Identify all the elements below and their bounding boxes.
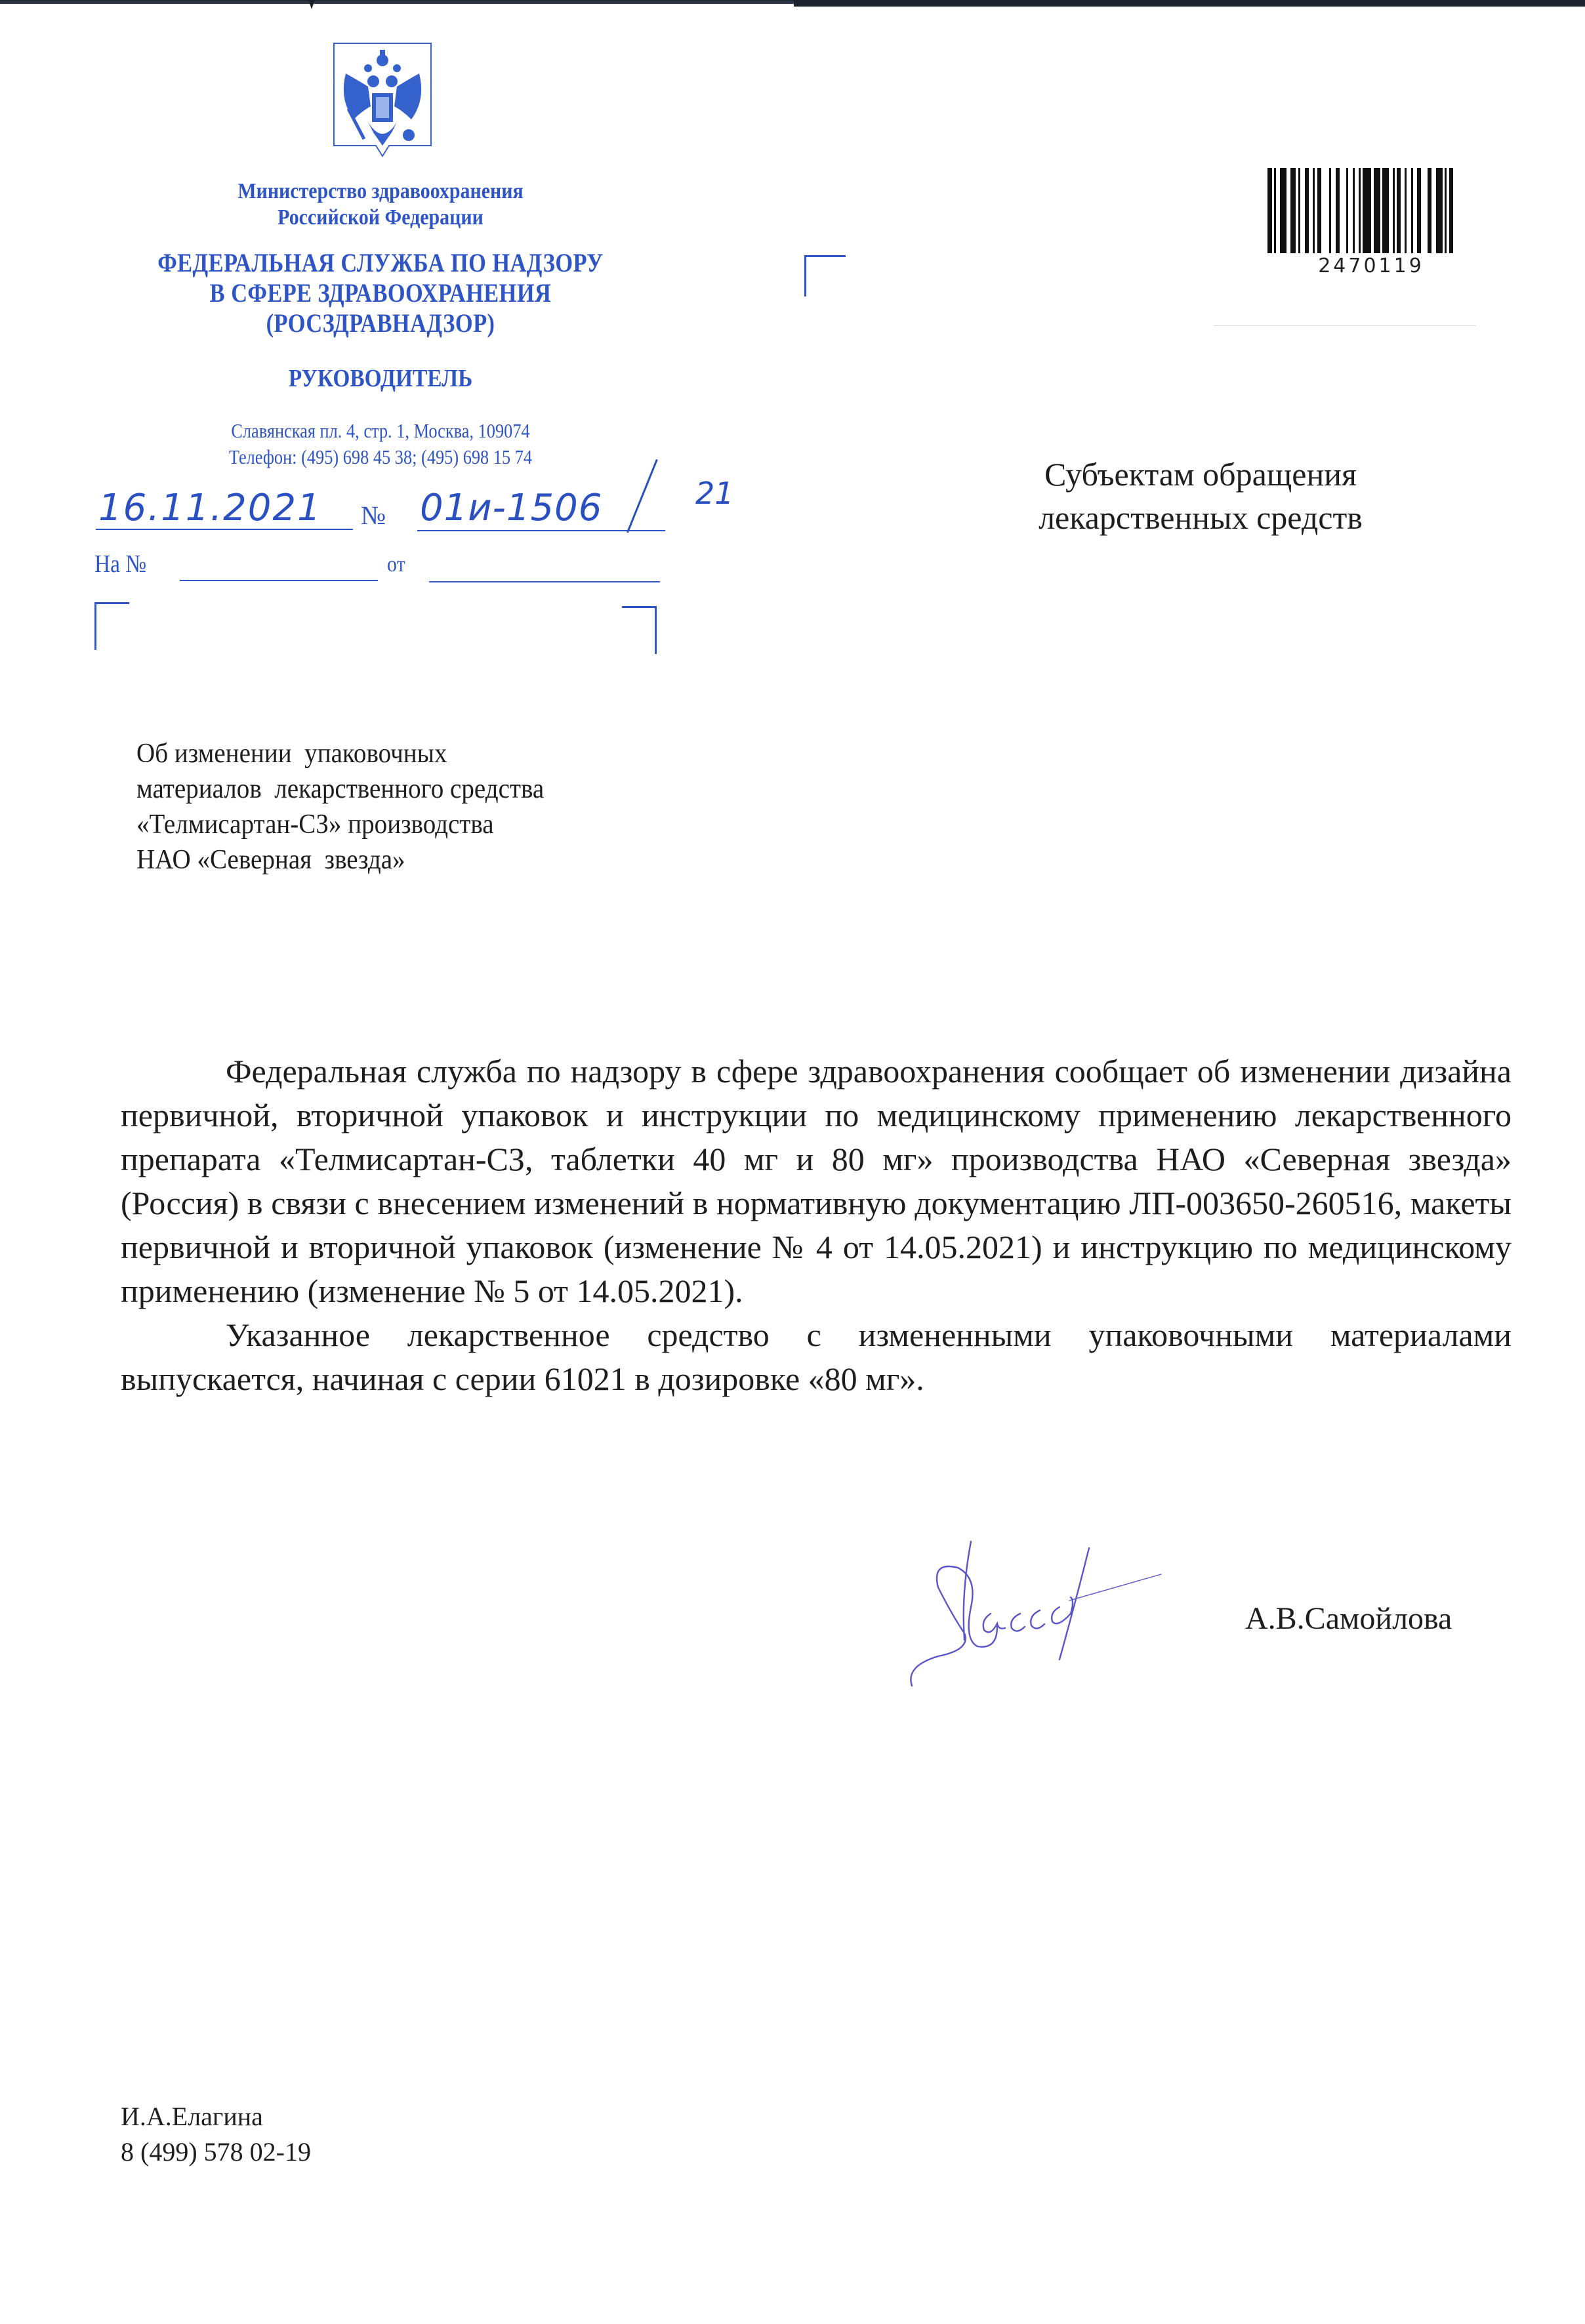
address: Славянская пл. 4, стр. 1, Москва, 109074 <box>130 418 632 444</box>
barcode <box>1267 168 1464 253</box>
coat-of-arms-icon <box>331 41 434 165</box>
reply-number-field <box>180 580 378 581</box>
subject-corner-mark-left <box>94 602 129 650</box>
letter-body: Федеральная служба по надзору в сфере зд… <box>121 1050 1512 1401</box>
service-line-3: (РОСЗДРАВНАДЗОР) <box>127 308 634 338</box>
role-title: РУКОВОДИТЕЛЬ <box>121 364 640 393</box>
handwritten-signature-icon <box>899 1515 1266 1692</box>
number-sign: № <box>361 500 386 531</box>
scan-top-edge-right <box>794 0 1585 7</box>
handwritten-number-suffix: 21 <box>695 476 734 511</box>
executor-phone: 8 (499) 578 02-19 <box>121 2134 311 2170</box>
signer-name: А.В.Самойлова <box>1245 1600 1452 1637</box>
executor-info: И.А.Елагина 8 (499) 578 02-19 <box>121 2099 311 2170</box>
letter-subject: Об изменении упаковочных материалов лека… <box>136 736 686 878</box>
reply-date-field <box>429 581 660 582</box>
barcode-number: 2470119 <box>1299 255 1443 277</box>
letterhead-contacts: Славянская пл. 4, стр. 1, Москва, 109074… <box>130 418 632 470</box>
service-line-1: ФЕДЕРАЛЬНАЯ СЛУЖБА ПО НАДЗОРУ <box>127 248 634 278</box>
subject-line-4: НАО «Северная звезда» <box>136 842 686 878</box>
handwritten-date: 16.11.2021 <box>98 487 322 529</box>
addressee: Субъектам обращения лекарственных средст… <box>971 453 1430 539</box>
subject-line-1: Об изменении упаковочных <box>136 736 686 771</box>
reply-from-label: от <box>387 552 405 577</box>
ministry-name: Министерство здравоохранения Российской … <box>121 178 640 231</box>
body-paragraph-1: Федеральная служба по надзору в сфере зд… <box>121 1050 1512 1313</box>
body-paragraph-2: Указанное лекарственное средство с измен… <box>121 1313 1512 1401</box>
date-underline <box>96 529 353 530</box>
ministry-line-2: Российской Федерации <box>121 205 640 231</box>
addressee-line-2: лекарственных средств <box>971 496 1430 539</box>
service-line-2: В СФЕРЕ ЗДРАВООХРАНЕНИЯ <box>127 278 634 308</box>
handwritten-number: 01и-1506 <box>420 487 602 529</box>
service-name: ФЕДЕРАЛЬНАЯ СЛУЖБА ПО НАДЗОРУ В СФЕРЕ ЗД… <box>127 248 634 338</box>
subject-line-3: «Телмисартан-СЗ» производства <box>136 807 686 842</box>
scan-notch <box>308 0 315 9</box>
executor-name: И.А.Елагина <box>121 2099 311 2134</box>
barcode-divider <box>1214 325 1476 326</box>
reply-number-label: На № <box>94 550 146 579</box>
subject-corner-mark-right <box>622 606 657 654</box>
addressee-line-1: Субъектам обращения <box>971 453 1430 496</box>
address-corner-mark <box>804 255 846 296</box>
subject-line-2: материалов лекарственного средства <box>136 771 686 807</box>
ministry-line-1: Министерство здравоохранения <box>121 178 640 205</box>
phones: Телефон: (495) 698 45 38; (495) 698 15 7… <box>130 444 632 470</box>
